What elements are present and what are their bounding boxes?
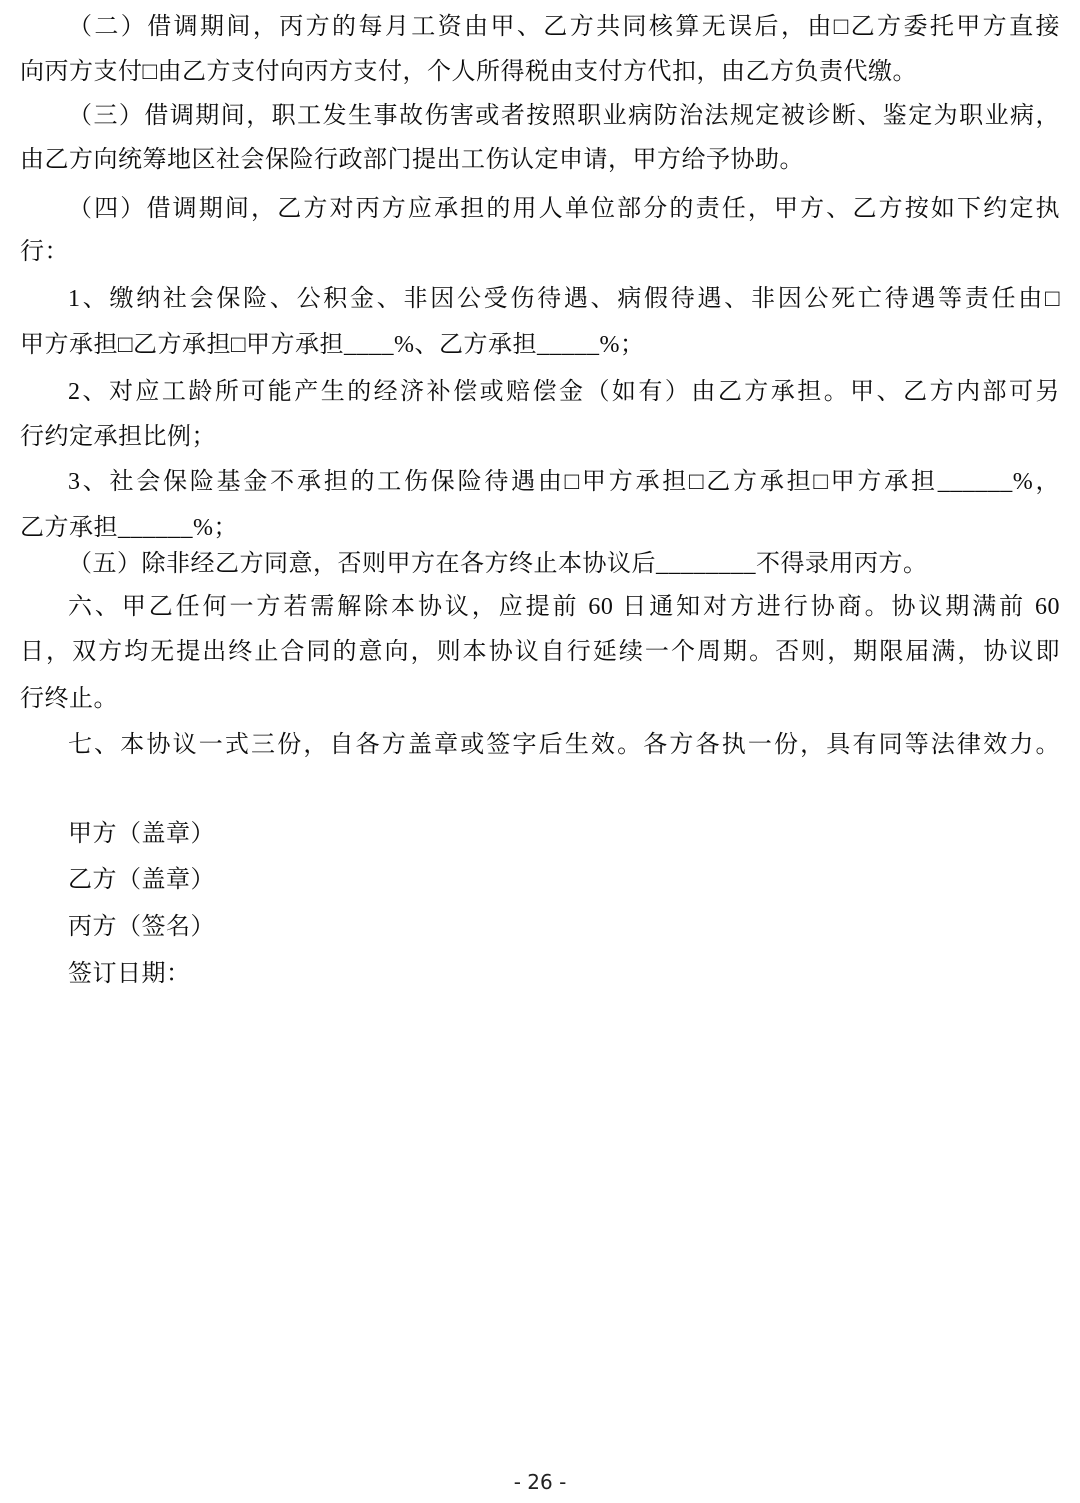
document-line: 3、社会保险基金不承担的工伤保险待遇由□甲方承担□乙方承担□甲方承担______… (20, 467, 1060, 497)
page-number: - 26 - (0, 1470, 1080, 1494)
signature-line-party-b: 乙方（盖章） (20, 865, 1060, 895)
document-line: 七、本协议一式三份，自各方盖章或签字后生效。各方各执一份，具有同等法律效力。 (20, 730, 1060, 760)
signature-line-party-c: 丙方（签名） (20, 912, 1060, 942)
document-line: 六、甲乙任何一方若需解除本协议，应提前 60 日通知对方进行协商。协议期满前 6… (20, 592, 1060, 622)
document-line: 行： (20, 237, 1060, 267)
document-line: 1、缴纳社会保险、公积金、非因公受伤待遇、病假待遇、非因公死亡待遇等责任由□ (20, 284, 1060, 314)
document-line: 由乙方向统筹地区社会保险行政部门提出工伤认定申请，甲方给予协助。 (20, 145, 1060, 175)
document-line: （二）借调期间，丙方的每月工资由甲、乙方共同核算无误后，由□乙方委托甲方直接 (20, 12, 1060, 42)
document-line: 2、对应工龄所可能产生的经济补偿或赔偿金（如有）由乙方承担。甲、乙方内部可另 (20, 377, 1060, 407)
document-line: 向丙方支付□由乙方支付向丙方支付，个人所得税由支付方代扣，由乙方负责代缴。 (20, 57, 1060, 87)
document-line: （四）借调期间，乙方对丙方应承担的用人单位部分的责任，甲方、乙方按如下约定执 (20, 194, 1060, 224)
document-line: 甲方承担□乙方承担□甲方承担____%、乙方承担_____%； (20, 330, 1060, 360)
signature-line-party-a: 甲方（盖章） (20, 819, 1060, 849)
contract-document-page: （二）借调期间，丙方的每月工资由甲、乙方共同核算无误后，由□乙方委托甲方直接 向… (0, 0, 1080, 1503)
signature-date-line: 签订日期： (20, 959, 1060, 989)
document-line: （五）除非经乙方同意，否则甲方在各方终止本协议后________不得录用丙方。 (20, 549, 1060, 579)
document-line: （三）借调期间，职工发生事故伤害或者按照职业病防治法规定被诊断、鉴定为职业病， (20, 101, 1060, 131)
document-line: 行终止。 (20, 684, 1060, 714)
document-line: 乙方承担______%； (20, 513, 1060, 543)
document-line: 行约定承担比例； (20, 422, 1060, 452)
document-line: 日，双方均无提出终止合同的意向，则本协议自行延续一个周期。否则，期限届满，协议即 (20, 637, 1060, 667)
